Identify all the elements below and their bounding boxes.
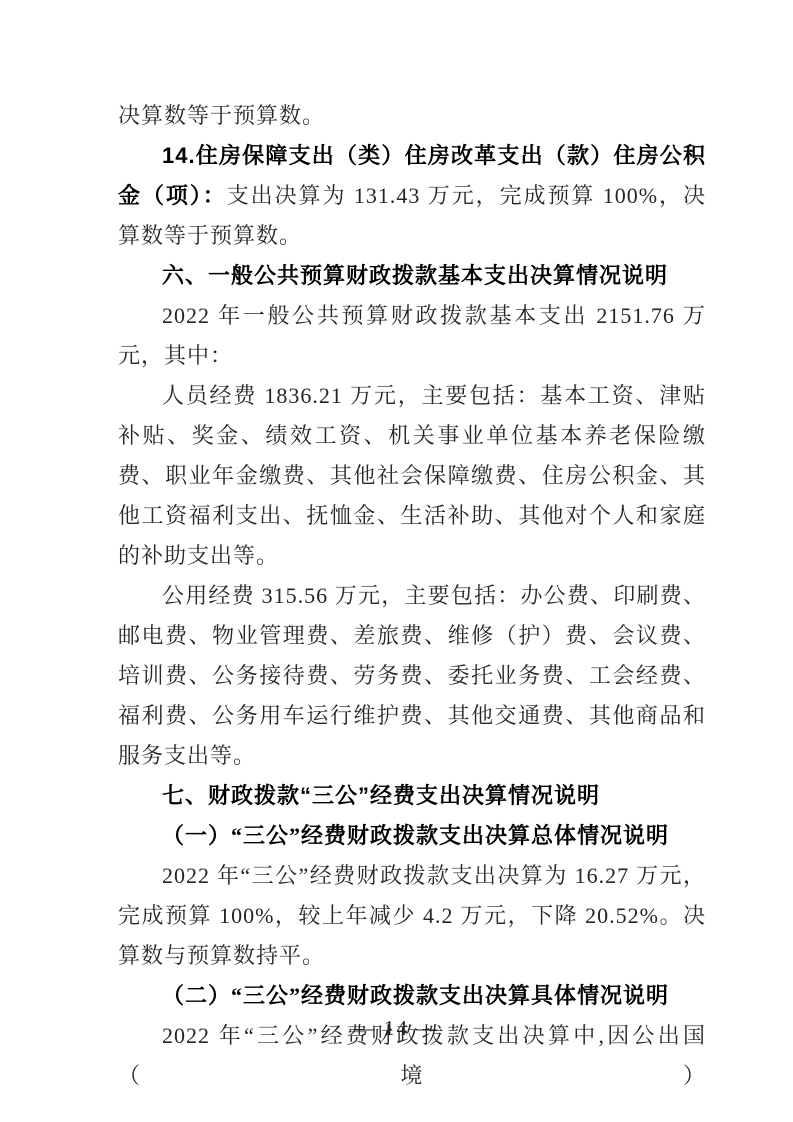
- document-page: 决算数等于预算数。 14.住房保障支出（类）住房改革支出（款）住房公积金（项）：…: [0, 0, 793, 1122]
- page-number: — 14 —: [0, 1013, 793, 1043]
- section-7-heading: 七、财政拨款“三公”经费支出决算情况说明: [118, 776, 706, 816]
- section-6-heading: 六、一般公共预算财政拨款基本支出决算情况说明: [118, 256, 706, 296]
- section-7-sub-1-heading: （一）“三公”经费财政拨款支出决算总体情况说明: [118, 816, 706, 856]
- section-7-sub-1-paragraph: 2022 年“三公”经费财政拨款支出决算为 16.27 万元，完成预算 100%…: [118, 856, 706, 976]
- paragraph-item-14: 14.住房保障支出（类）住房改革支出（款）住房公积金（项）：支出决算为 131.…: [118, 136, 706, 256]
- section-6-public-funds-paragraph: 公用经费 315.56 万元，主要包括：办公费、印刷费、邮电费、物业管理费、差旅…: [118, 576, 706, 776]
- section-6-intro-paragraph: 2022 年一般公共预算财政拨款基本支出 2151.76 万元，其中：: [118, 296, 706, 376]
- section-7-sub-2-heading: （二）“三公”经费财政拨款支出决算具体情况说明: [118, 976, 706, 1016]
- section-6-personnel-paragraph: 人员经费 1836.21 万元，主要包括：基本工资、津贴补贴、奖金、绩效工资、机…: [118, 376, 706, 576]
- document-body: 决算数等于预算数。 14.住房保障支出（类）住房改革支出（款）住房公积金（项）：…: [118, 96, 706, 1096]
- paragraph-carryover: 决算数等于预算数。: [118, 96, 706, 136]
